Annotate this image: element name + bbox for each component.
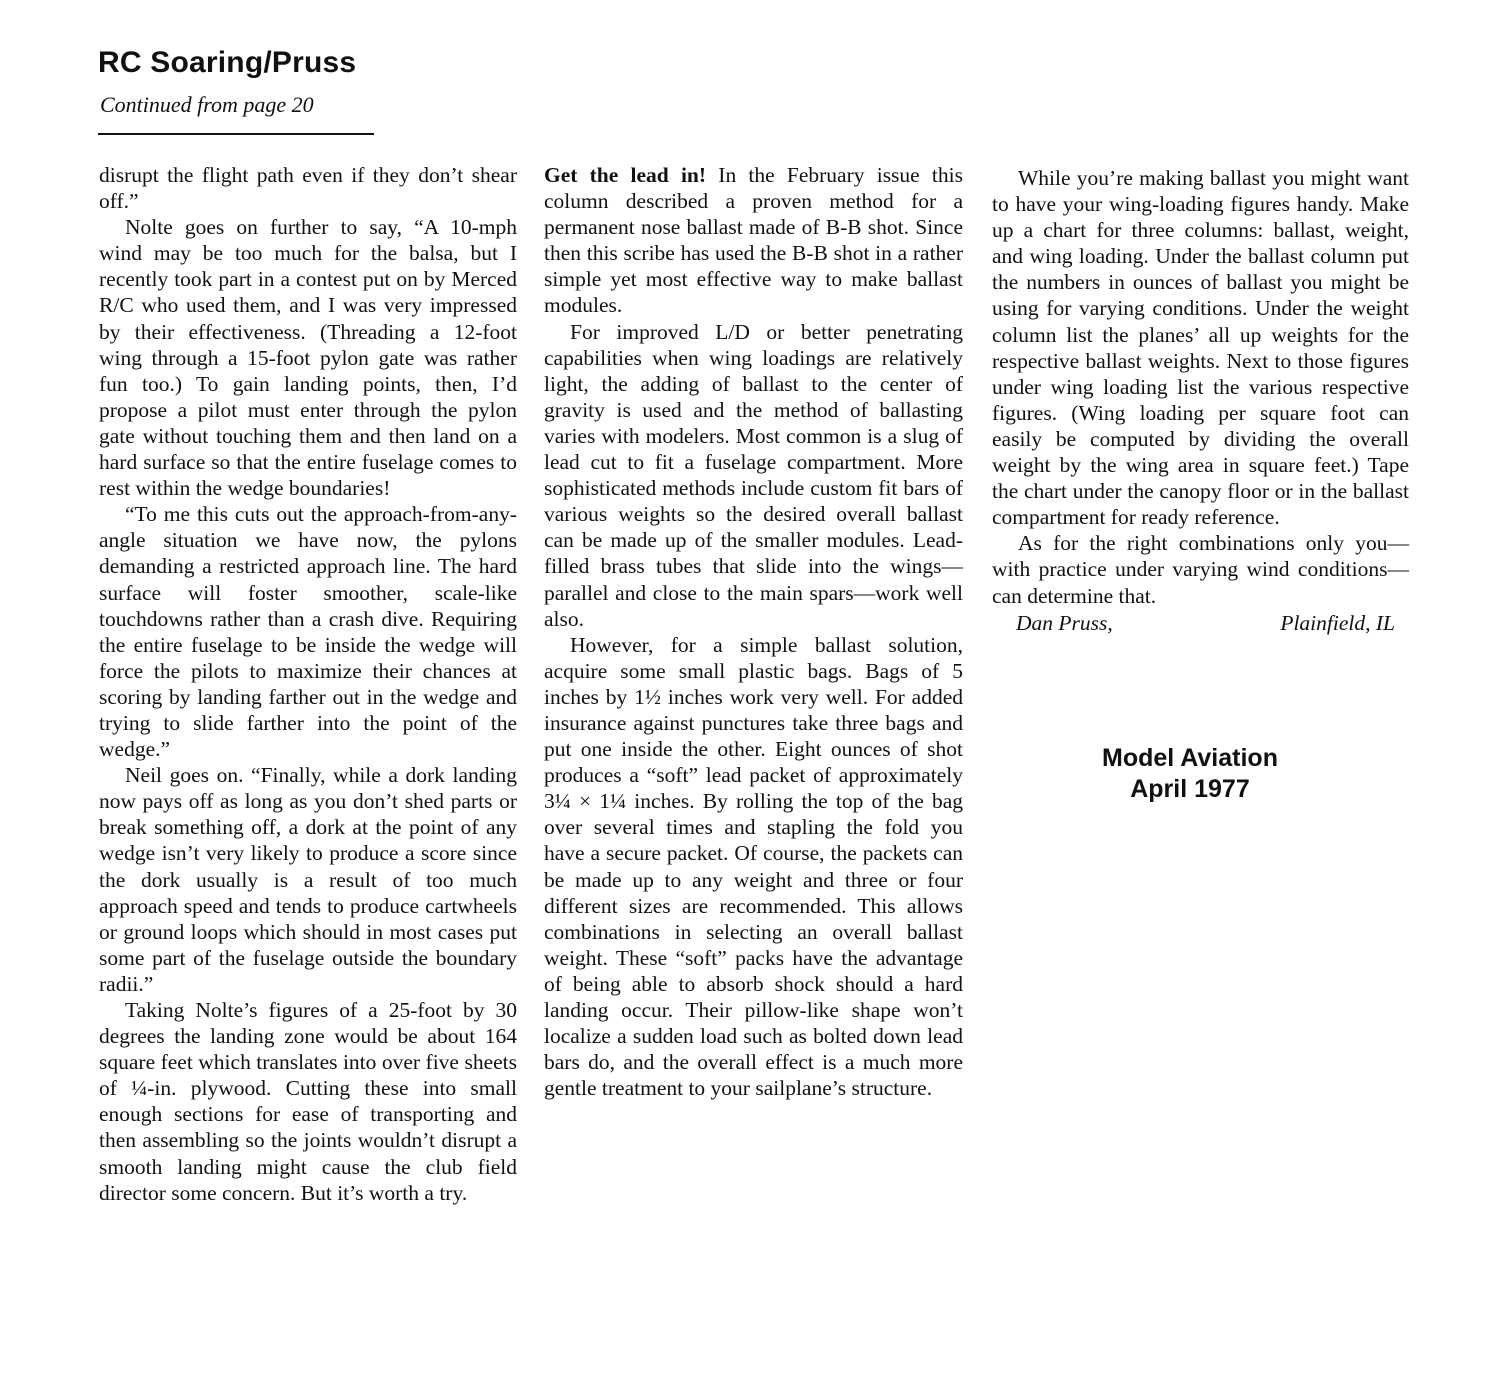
column-3: While you’re making ballast you might wa… — [992, 165, 1409, 636]
author-location: Plainfield, IL — [1280, 610, 1395, 636]
paragraph: For improved L/D or better penetrating c… — [544, 319, 963, 632]
article-title: RC Soaring/Pruss — [98, 46, 356, 80]
publication-issue: April 1977 — [1070, 774, 1310, 805]
paragraph: Get the lead in! In the February issue t… — [544, 162, 963, 319]
paragraph: As for the right combinations only you—w… — [992, 530, 1409, 608]
header-divider — [98, 133, 374, 135]
paragraph: Neil goes on. “Finally, while a dork lan… — [99, 762, 517, 997]
paragraph: Taking Nolte’s figures of a 25-foot by 3… — [99, 997, 517, 1206]
paragraph: However, for a simple ballast solution, … — [544, 632, 963, 1102]
column-2: Get the lead in! In the February issue t… — [544, 162, 963, 1101]
continued-from-note: Continued from page 20 — [100, 92, 314, 118]
section-runin-heading: Get the lead in! — [544, 163, 706, 187]
column-1: disrupt the flight path even if they don… — [99, 162, 517, 1206]
paragraph: disrupt the flight path even if they don… — [99, 162, 517, 214]
paragraph: “To me this cuts out the approach-from-a… — [99, 501, 517, 762]
author-name: Dan Pruss, — [1016, 610, 1113, 636]
publication-masthead: Model Aviation April 1977 — [1070, 743, 1310, 805]
author-signoff: Dan Pruss, Plainfield, IL — [992, 610, 1409, 636]
paragraph: Nolte goes on further to say, “A 10-mph … — [99, 214, 517, 501]
paragraph: While you’re making ballast you might wa… — [992, 165, 1409, 530]
publication-name: Model Aviation — [1070, 743, 1310, 774]
